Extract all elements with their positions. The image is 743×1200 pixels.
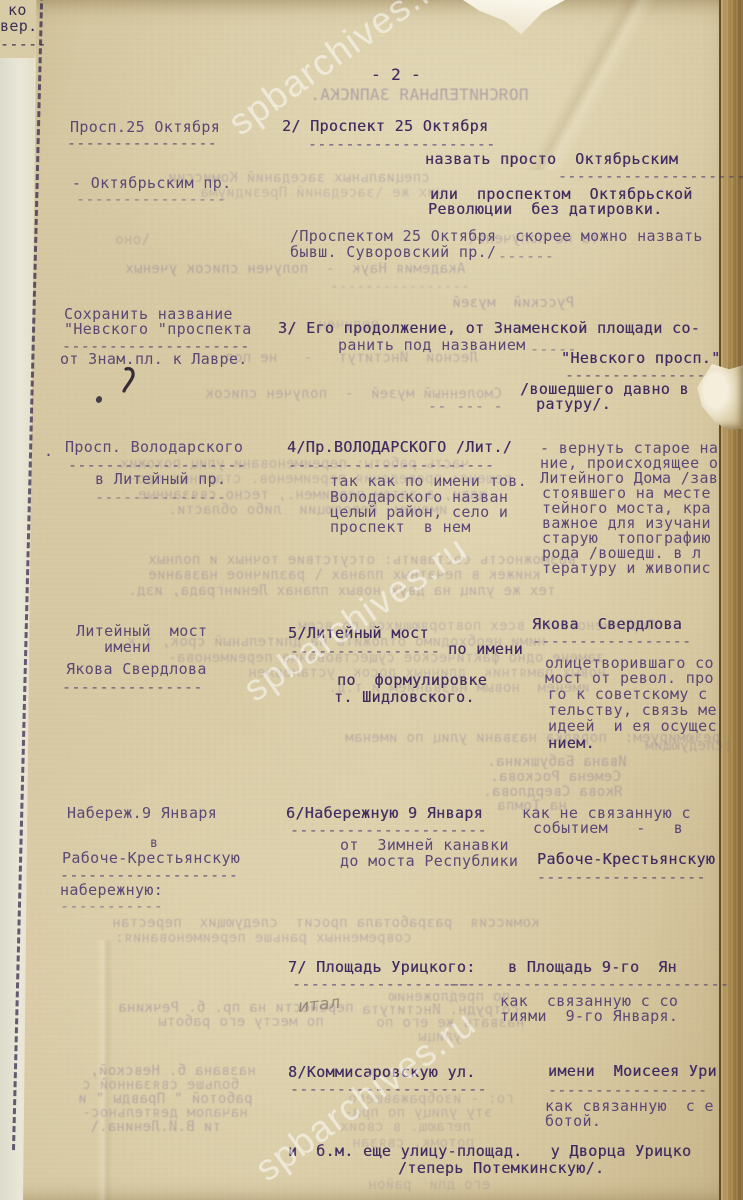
- bleedthrough-line: больше связанной с: [82, 1078, 239, 1092]
- bleedthrough-line: на Томпа: [497, 799, 567, 813]
- typed-line: ---------------: [62, 680, 203, 695]
- bleedthrough-line: Якова Свердлова.: [483, 785, 623, 799]
- page-number: - 2 -: [371, 67, 421, 82]
- typed-line: -----------: [60, 899, 163, 914]
- typed-line: до моста Республики: [340, 854, 518, 869]
- bleedthrough-line: часть работы: переименовани улиц похожих: [120, 457, 469, 471]
- typed-line: .: [44, 444, 53, 459]
- typed-line: назвать просто Октябрьским: [425, 152, 678, 167]
- typed-line: Революции без датировки.: [428, 202, 663, 217]
- bleedthrough-line: них же \заседаний Президиума: [200, 186, 444, 200]
- bleedthrough-line: современных раньше переименования:: [115, 931, 412, 945]
- bleedthrough-line: Ивана Бабушкина.: [487, 755, 627, 769]
- bleedthrough-line: началом деятельнос-: [82, 1106, 248, 1120]
- bleedthrough-line: ----------------: [330, 280, 470, 294]
- bleedthrough-line: ти В.И.Ленина.\: [90, 1120, 221, 1134]
- bleedthrough-line: Смоленный музей - получен список: [205, 387, 502, 401]
- typed-line: Рабоче-Крестьянскую: [62, 851, 240, 866]
- typed-line: ------------------: [537, 870, 706, 885]
- typed-line: 7/ Площадь Урицкого:: [288, 960, 476, 975]
- typed-line: тиями 9-го Января.: [500, 1009, 678, 1024]
- typed-line: "Невского просп.": [561, 351, 720, 366]
- typed-line: ----------------: [67, 136, 217, 151]
- bleedthrough-line: его дли район: [368, 1178, 490, 1192]
- bleedthrough-line: возможность составить: отсутствие точных…: [148, 553, 576, 567]
- bleedthrough-line: названа б. Невской,: [90, 1064, 256, 1078]
- typed-line: 2/ Проспект 25 Октября: [282, 119, 488, 134]
- bleedthrough-line: та не получено\: [468, 232, 599, 246]
- bleedthrough-line: Академия Наук - получен список ученых: [125, 262, 465, 276]
- bleedthrough-line: специальных заседаний Комиссии: [168, 171, 430, 185]
- typed-line: 4/Пр.ВОЛОДАРСКОГО /Лит./: [287, 440, 512, 455]
- typed-line: вер.: [0, 19, 38, 34]
- bleedthrough-line: получен: [318, 318, 379, 332]
- typed-line: событием - в: [533, 821, 683, 836]
- bleedthrough-line: \оно: [115, 233, 150, 247]
- bleedthrough-line: потомк. связан: [352, 1136, 474, 1150]
- bleedthrough-line: работой " Правды " и: [78, 1092, 253, 1106]
- typed-line: от Зимней канавки: [340, 838, 509, 853]
- bleedthrough-line: щади, а затем переимен., тесно связанные: [138, 488, 487, 502]
- typed-line: Просп.25 Октября: [70, 120, 220, 135]
- typed-line: ------: [498, 249, 554, 264]
- bleedthrough-line: книжек в печатных планах \ различное наз…: [148, 568, 541, 582]
- typed-line: -----------------: [532, 634, 691, 649]
- bleedthrough-line: :следующим: [645, 739, 732, 753]
- bleedthrough-line: Семена Роскова.: [490, 770, 621, 784]
- bleedthrough-line: замене одно фактическое существование пе…: [168, 651, 604, 665]
- bleedthrough-line: именем Революции либо области.: [168, 503, 447, 517]
- bleedthrough-line: решено: проведения переименов. стариных …: [128, 472, 512, 486]
- typed-line: Просп. Володарского: [65, 440, 243, 455]
- typed-line: ко: [8, 3, 27, 18]
- typed-line: Набереж.9 Января: [67, 806, 217, 821]
- typed-line: ратуру/.: [536, 397, 611, 412]
- typed-line: -----: [0, 37, 47, 52]
- bleedthrough-line: Русский музей: [452, 296, 574, 310]
- typed-line: и б.м. еще улицу-площад. у Дворца Урицко: [288, 1144, 691, 1159]
- typed-line: в Площадь 9-го Ян: [508, 960, 677, 975]
- typed-line: "Невского "проспекта: [64, 322, 252, 337]
- ink-mark: [122, 367, 138, 393]
- typed-line: тельству, связь ме: [548, 703, 717, 718]
- typed-line: -----------------: [548, 1083, 707, 1098]
- typed-line: бывш. Суворовский пр./: [290, 245, 496, 260]
- scanned-document: ковер.------ 2 -Просп.25 Октября--------…: [0, 0, 743, 1200]
- typed-line: имени Моисеея Ури: [548, 1064, 717, 1079]
- bleedthrough-line: тех же улиц на двух новых планах Ленингр…: [128, 584, 556, 598]
- bleedthrough-line: именем новым названием и т.д.: [328, 681, 590, 695]
- typed-line: от Знам.пл. к Лавре.: [60, 352, 248, 367]
- typed-line: ботой.: [545, 1114, 601, 1129]
- bleedthrough-line: ПОЯСНИТЕЛЬНАЯ ЗАПИСКА.: [310, 88, 529, 102]
- typed-line: набережную:: [60, 883, 163, 898]
- typed-line: /теперь Потемкинскую/.: [398, 1161, 604, 1176]
- bleedthrough-line: Лесной Институт - не пол: [225, 351, 478, 365]
- typed-line: --------------------: [558, 169, 743, 184]
- typed-line: 6/Набережную 9 Января: [286, 806, 483, 821]
- typed-line: Рабоче-Крестьянскую: [537, 852, 715, 867]
- bleedthrough-line: комиссия разработала просит следующих пе…: [112, 916, 540, 930]
